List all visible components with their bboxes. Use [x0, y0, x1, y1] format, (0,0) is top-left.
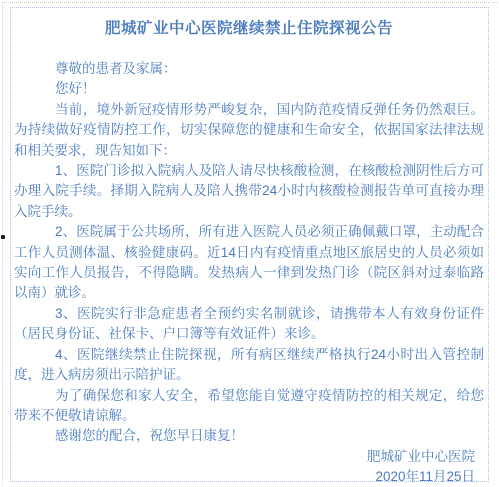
notice-rule-4: 4、医院继续禁止住院探视，所有病区继续严格执行24小时出入管控制度，进入病房须出…: [14, 345, 484, 386]
notice-intro-paragraph: 当前，境外新冠疫情形势严峻复杂，国内防范疫情反弹任务仍然艰巨。为持续做好疫情防控…: [14, 100, 484, 161]
notice-document: 肥城矿业中心医院继续禁止住院探视公告 尊敬的患者及家属： 您好！ 当前，境外新冠…: [10, 7, 489, 482]
notice-signature: 肥城矿业中心医院: [14, 447, 484, 467]
notice-rule-3: 3、医院实行非急症患者全预约实名制就诊，请携带本人有效身份证件（居民身份证、社保…: [14, 304, 484, 345]
notice-rule-1: 1、医院门诊拟入院病人及陪人请尽快核酸检测，在核酸检测阴性后方可办理入院手续。择…: [14, 161, 484, 222]
notice-date: 2020年11月25日: [14, 467, 484, 487]
notice-greeting: 尊敬的患者及家属：: [14, 59, 484, 79]
notice-salutation: 您好！: [14, 79, 484, 99]
notice-title: 肥城矿业中心医院继续禁止住院探视公告: [14, 18, 484, 40]
stray-dot-mark: [1, 235, 5, 239]
notice-thanks-paragraph: 感谢您的配合，祝您早日康复！: [14, 426, 484, 446]
notice-rule-2: 2、医院属于公共场所，所有进入医院人员必须正确佩戴口罩，主动配合工作人员测体温、…: [14, 222, 484, 304]
notice-page: 肥城矿业中心医院继续禁止住院探视公告 尊敬的患者及家属： 您好！ 当前，境外新冠…: [0, 0, 499, 487]
notice-apology-paragraph: 为了确保您和家人安全，希望您能自觉遵守疫情防控的相关规定，给您带来不便敬请谅解。: [14, 386, 484, 427]
